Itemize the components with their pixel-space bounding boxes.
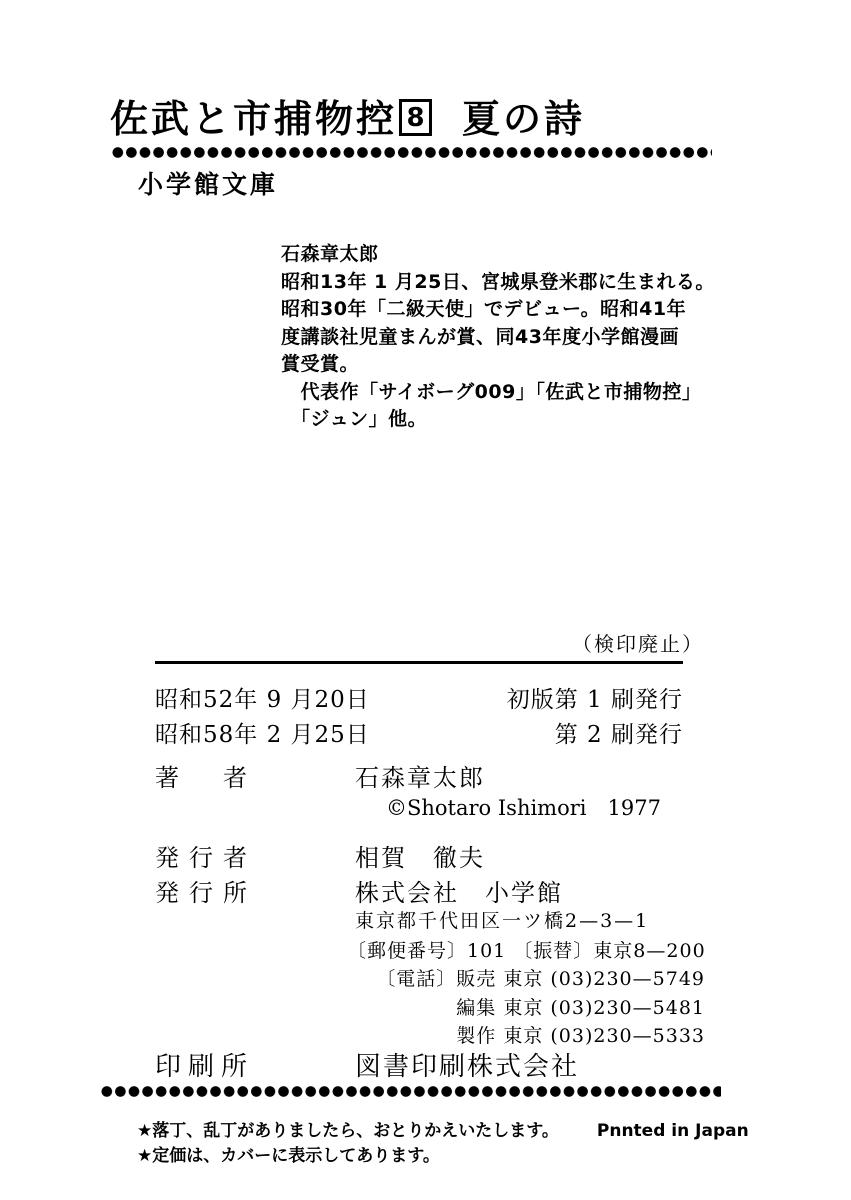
phone-editorial-line: 編集 東京 (03)230—5481 (345, 993, 705, 1020)
book-title: 佐武と市捕物控 8 夏の詩 (110, 88, 585, 143)
edition-date: 昭和58年 2 月25日 (155, 716, 370, 749)
bio-line: 代表作「サイボーグ009」「佐武と市捕物控」 (281, 379, 726, 407)
phone-production-line: 製作 東京 (03)230—5333 (345, 1021, 705, 1048)
postal-transfer-line: 〔郵便番号〕101 〔振替〕東京8—200 (347, 936, 706, 963)
footer-note-line-1: ★落丁、乱丁がありましたら、おとりかえいたします。 Pnnted in Japa… (137, 1116, 749, 1141)
divider-rule (155, 661, 683, 664)
author-name: 石森章太郎 (355, 758, 485, 793)
role-label-printer: 印刷所 (155, 1046, 247, 1083)
series-title: 佐武と市捕物控 (110, 88, 397, 143)
role-label-publisher: 発行者 (155, 838, 247, 873)
publishing-company-name: 株式会社 小学館 (355, 873, 563, 908)
volume-number-box: 8 (399, 99, 432, 136)
copyright-line: ©Shotaro Ishimori 1977 (386, 792, 661, 822)
inspection-seal-note: （検印廃止） (572, 628, 704, 657)
defect-exchange-note: ★落丁、乱丁がありましたら、おとりかえいたします。 (137, 1116, 559, 1141)
printer-row: 印刷所 図書印刷株式会社 (155, 1046, 579, 1083)
dotted-divider-bottom (100, 1086, 721, 1097)
volume-subtitle: 夏の詩 (462, 88, 585, 143)
imprint-label: 小学館文庫 (138, 165, 278, 201)
edition-date: 昭和52年 9 月20日 (155, 681, 370, 714)
phone-sales-line: 〔電話〕販売 東京 (03)230—5749 (345, 964, 705, 991)
edition-label: 初版第 1 刷発行 (507, 681, 683, 714)
role-label-pubco: 発行所 (155, 873, 247, 908)
author-bio: 石森章太郎 昭和13年 1 月25日、宮城県登米郡に生まれる。 昭和30年「二級… (281, 241, 726, 434)
dotted-divider-top (111, 147, 712, 158)
printed-in-japan: Pnnted in Japan (597, 1121, 749, 1141)
bio-line: 賞受賞。 (281, 351, 726, 379)
publisher-street-address: 東京都千代田区一ツ橋2—3—1 (355, 906, 649, 933)
edition-row-first: 昭和52年 9 月20日 初版第 1 刷発行 (155, 681, 683, 714)
edition-row-second: 昭和58年 2 月25日 第 2 刷発行 (155, 716, 683, 749)
bio-author-name: 石森章太郎 (281, 241, 726, 269)
footer-note-line-2: ★定価は、カバーに表示してあります。 (137, 1141, 440, 1166)
price-note: ★定価は、カバーに表示してあります。 (137, 1141, 440, 1166)
printer-name: 図書印刷株式会社 (355, 1046, 579, 1083)
bio-line: 「ジュン」他。 (281, 406, 726, 434)
publisher-name: 相賀 徹夫 (355, 838, 485, 873)
publisher-row: 発行者 相賀 徹夫 (155, 838, 485, 873)
edition-label: 第 2 刷発行 (555, 716, 683, 749)
publishing-company-row: 発行所 株式会社 小学館 (155, 873, 563, 908)
bio-line: 度講談社児童まんが賞、同43年度小学館漫画 (281, 324, 726, 352)
author-row: 著 者 石森章太郎 (155, 758, 485, 793)
role-label-author: 著 者 (155, 758, 247, 793)
bio-line: 昭和13年 1 月25日、宮城県登米郡に生まれる。 (281, 269, 726, 297)
bio-line: 昭和30年「二級天使」でデビュー。昭和41年 (281, 296, 726, 324)
